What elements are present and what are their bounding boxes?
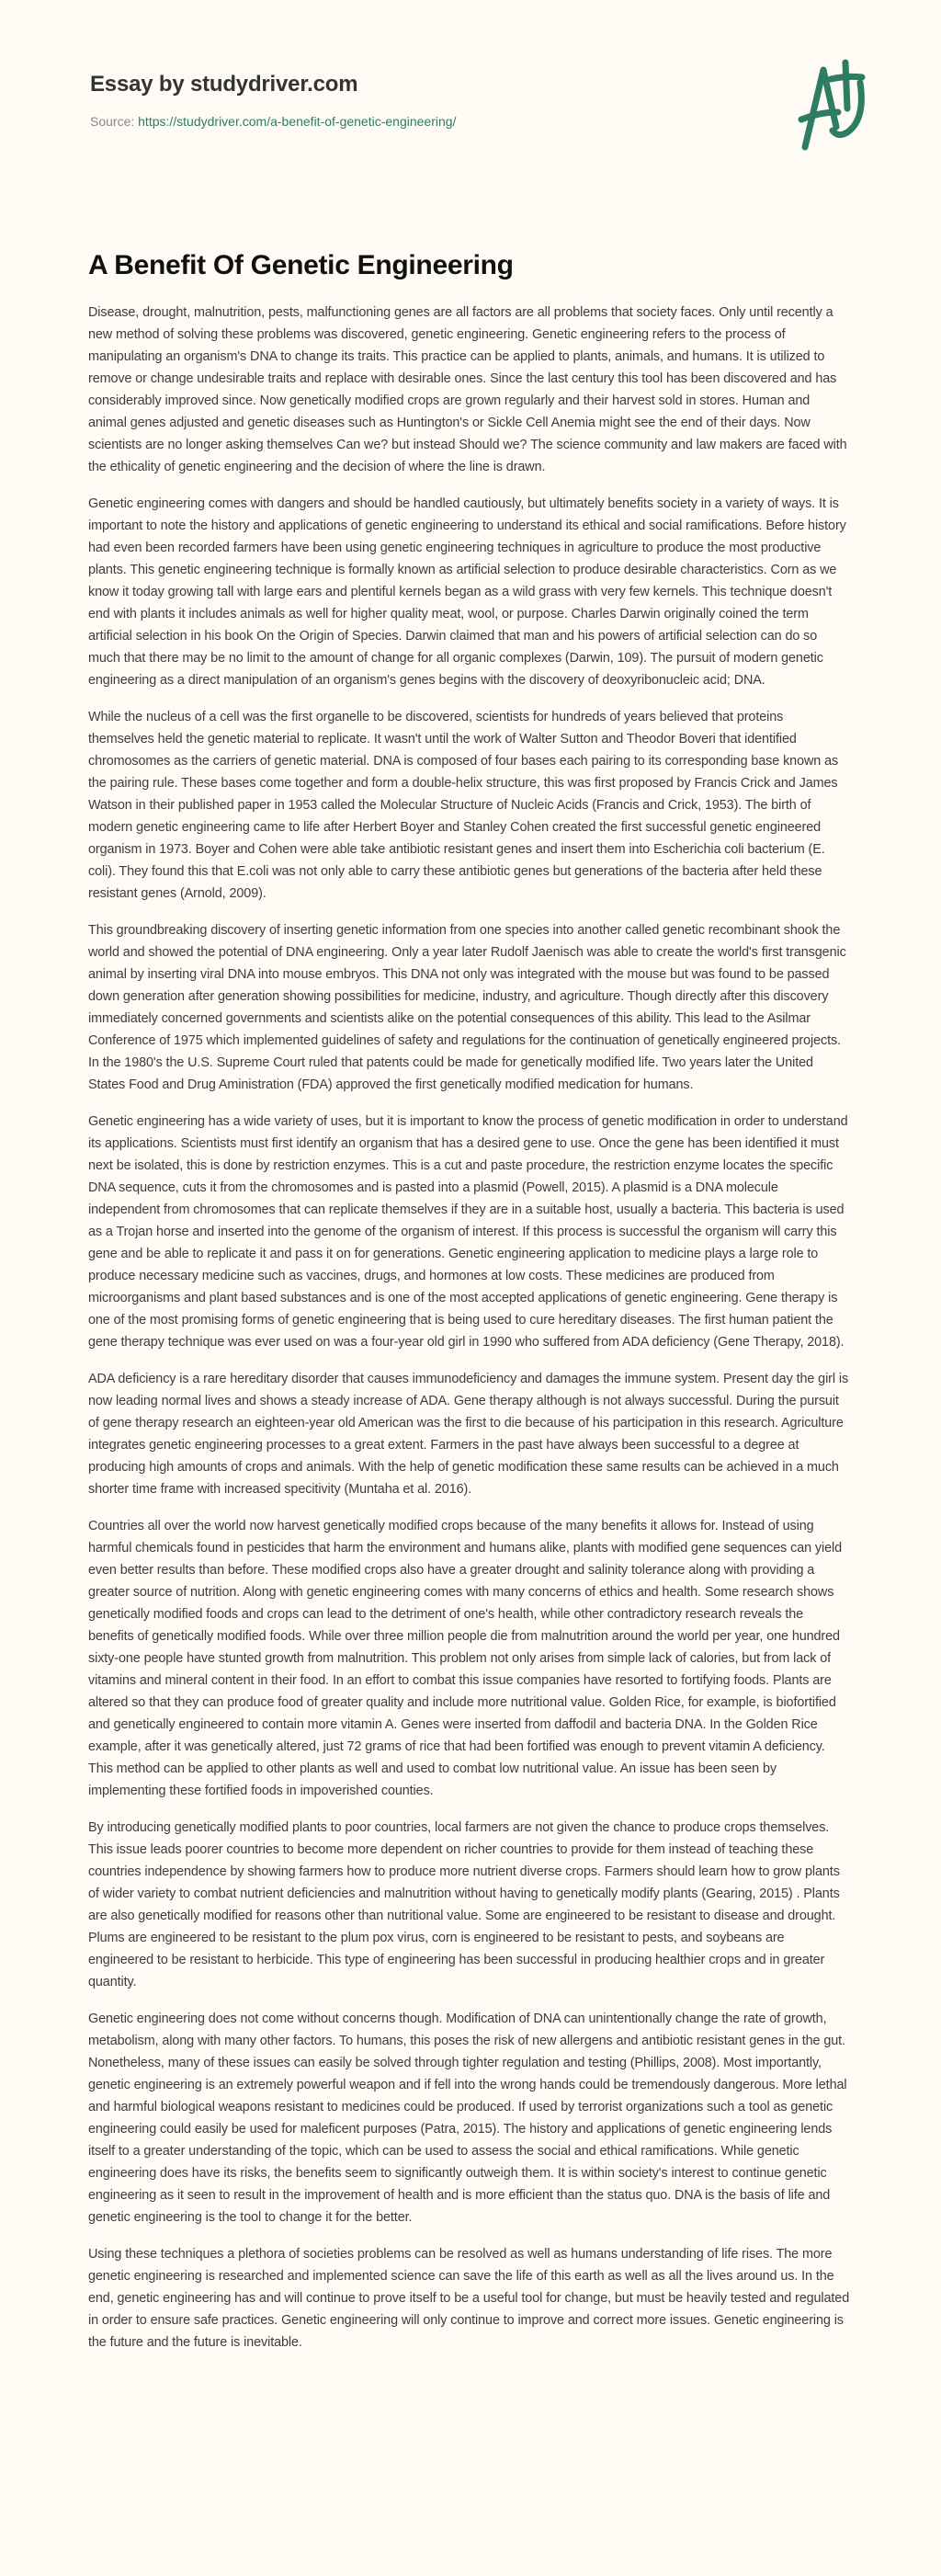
essay-paragraph: Genetic engineering has a wide variety o… (88, 1111, 851, 1353)
a-plus-grade-icon (790, 55, 891, 156)
source-label: Source: (90, 114, 138, 129)
essay-paragraph: Using these techniques a plethora of soc… (88, 2243, 851, 2354)
page-header: Essay by studydriver.com Source: https:/… (0, 0, 941, 184)
essay-content: A Benefit Of Genetic Engineering Disease… (0, 184, 941, 2405)
essay-paragraph: While the nucleus of a cell was the firs… (88, 706, 851, 905)
essay-paragraph: ADA deficiency is a rare hereditary diso… (88, 1368, 851, 1500)
source-line: Source: https://studydriver.com/a-benefi… (90, 114, 456, 129)
essay-paragraph: Countries all over the world now harvest… (88, 1515, 851, 1802)
essay-paragraph: By introducing genetically modified plan… (88, 1817, 851, 1993)
essay-paragraph: Genetic engineering comes with dangers a… (88, 493, 851, 691)
source-link[interactable]: https://studydriver.com/a-benefit-of-gen… (138, 114, 456, 129)
essay-paragraph: Genetic engineering does not come withou… (88, 2008, 851, 2228)
essay-title: A Benefit Of Genetic Engineering (88, 250, 851, 281)
page: Essay by studydriver.com Source: https:/… (0, 0, 941, 2405)
site-title: Essay by studydriver.com (90, 72, 357, 97)
essay-paragraph: Disease, drought, malnutrition, pests, m… (88, 302, 851, 478)
essay-paragraph: This groundbreaking discovery of inserti… (88, 919, 851, 1096)
